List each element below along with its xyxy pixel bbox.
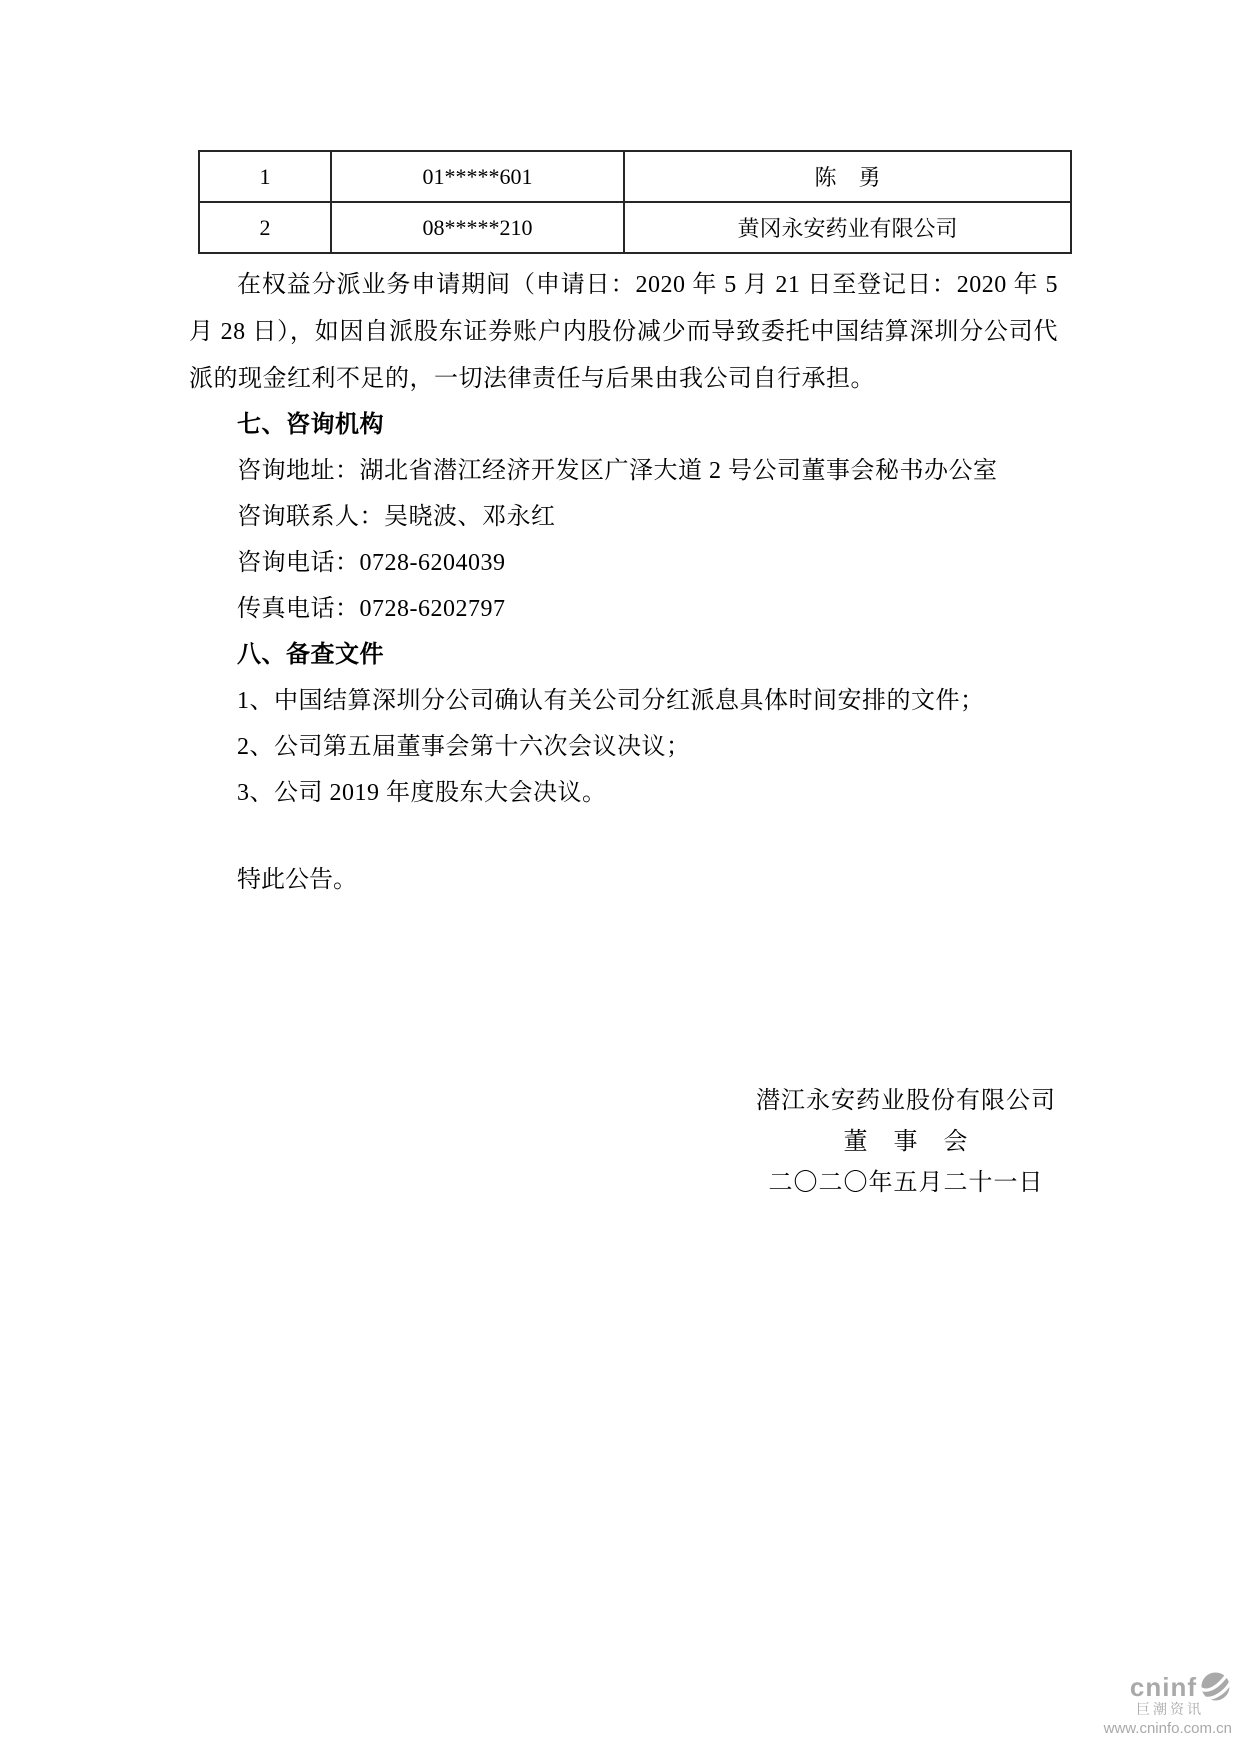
section-docs-heading: 八、备查文件	[189, 632, 1058, 678]
cninfo-brand-text: 巨潮资讯	[1104, 1704, 1204, 1718]
cninfo-watermark: cninf 巨潮资讯 www.cninfo.com.cn	[1104, 1671, 1232, 1736]
holder-name-cell: 陈 勇	[624, 151, 1071, 202]
sections: 七、咨询机构 咨询地址：湖北省潜江经济开发区广泽大道 2 号公司董事会秘书办公室…	[189, 402, 1058, 816]
section-consult-heading: 七、咨询机构	[189, 402, 1058, 448]
consult-phone-line: 咨询电话：0728-6204039	[189, 540, 1058, 586]
document-page: { "page": { "background": "#ffffff", "te…	[0, 0, 1241, 1755]
signature-date: 二〇二〇年五月二十一日	[748, 1163, 1064, 1204]
closing-statement: 特此公告。	[189, 857, 1058, 903]
shareholder-table: 1 01*****601 陈 勇 2 08*****210 黄冈永安药业有限公司	[198, 150, 1072, 254]
holder-name-cell: 黄冈永安药业有限公司	[624, 202, 1071, 253]
row-index-cell: 2	[199, 202, 331, 253]
table-row: 1 01*****601 陈 勇	[199, 151, 1071, 202]
consult-address-line: 咨询地址：湖北省潜江经济开发区广泽大道 2 号公司董事会秘书办公室	[189, 448, 1058, 494]
docs-item-1: 1、中国结算深圳分公司确认有关公司分红派息具体时间安排的文件；	[189, 678, 1058, 724]
account-cell: 08*****210	[331, 202, 624, 253]
cninfo-url-text: www.cninfo.com.cn	[1104, 1721, 1232, 1736]
signature-department: 董 事 会	[748, 1122, 1064, 1163]
docs-item-3: 3、公司 2019 年度股东大会决议。	[189, 770, 1058, 816]
cninfo-logo: cninf	[1104, 1671, 1232, 1702]
consult-fax-line: 传真电话：0728-6202797	[189, 586, 1058, 632]
signature-company: 潜江永安药业股份有限公司	[748, 1081, 1064, 1122]
row-index-cell: 1	[199, 151, 331, 202]
account-cell: 01*****601	[331, 151, 624, 202]
cninfo-swirl-icon	[1199, 1671, 1232, 1702]
consult-contact-line: 咨询联系人：吴晓波、邓永红	[189, 494, 1058, 540]
docs-item-2: 2、公司第五届董事会第十六次会议决议；	[189, 724, 1058, 770]
liability-paragraph: 在权益分派业务申请期间（申请日：2020 年 5 月 21 日至登记日：2020…	[189, 262, 1058, 403]
table-row: 2 08*****210 黄冈永安药业有限公司	[199, 202, 1071, 253]
cninfo-logo-text: cninf	[1130, 1674, 1197, 1700]
signature-block: 潜江永安药业股份有限公司 董 事 会 二〇二〇年五月二十一日	[748, 1081, 1064, 1204]
